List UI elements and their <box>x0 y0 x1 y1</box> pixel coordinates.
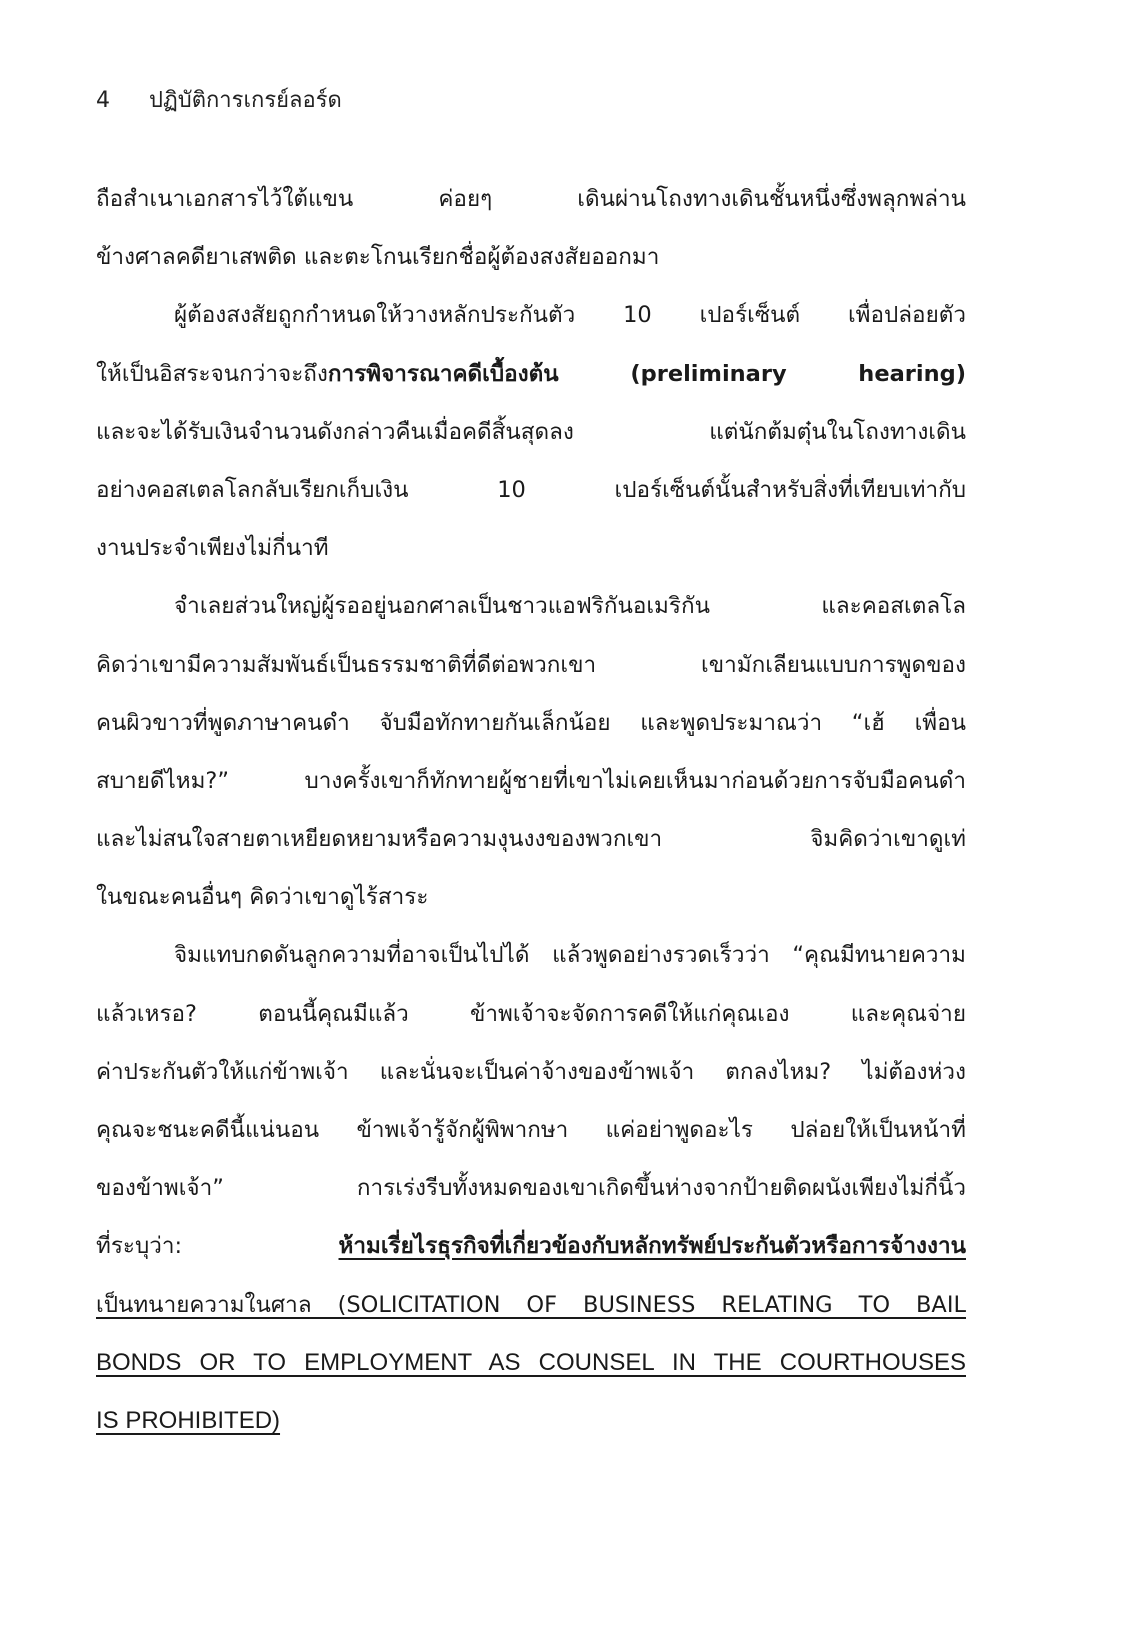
page-number: 4 <box>96 88 142 113</box>
text-line: จิมแทบกดดันลูกความที่อาจเป็นไปได้ แล้วพู… <box>96 926 966 984</box>
running-header: 4 ปฏิบัติการเกรย์ลอร์ด <box>96 82 342 117</box>
sign-text-line: เป็นทนายความในศาล (SOLICITATION OF BUSIN… <box>96 1276 966 1334</box>
text-line: ถือสำเนาเอกสารไว้ใต้แขน ค่อยๆ เดินผ่านโถ… <box>96 170 966 228</box>
running-title: ปฏิบัติการเกรย์ลอร์ด <box>149 88 342 113</box>
term-preliminary-hearing: การพิจารณาคดีเบื้องต้น (preliminary hear… <box>328 361 966 387</box>
text-line: และจะได้รับเงินจำนวนดังกล่าวคืนเมื่อคดีส… <box>96 403 966 461</box>
sign-text-line: IS PROHIBITED) <box>96 1392 966 1450</box>
text-line: คุณจะชนะคดีนี้แน่นอน ข้าพเจ้ารู้จักผู้พิ… <box>96 1101 966 1159</box>
text-line: สบายดีไหม?” บางครั้งเขาก็ทักทายผู้ชายที่… <box>96 752 966 810</box>
text-line: ในขณะคนอื่นๆ คิดว่าเขาดูไร้สาระ <box>96 868 966 926</box>
text-run: ที่ระบุว่า: <box>96 1233 339 1259</box>
text-run: ให้เป็นอิสระจนกว่าจะถึง <box>96 361 328 387</box>
text-line: อย่างคอสเตลโลกลับเรียกเก็บเงิน 10 เปอร์เ… <box>96 461 966 519</box>
text-line: ของข้าพเจ้า” การเร่งรีบทั้งหมดของเขาเกิด… <box>96 1159 966 1217</box>
text-line: จำเลยส่วนใหญ่ผู้รออยู่นอกศาลเป็นชาวแอฟริ… <box>96 577 966 635</box>
text-line: ให้เป็นอิสระจนกว่าจะถึงการพิจารณาคดีเบื้… <box>96 345 966 403</box>
text-line: คนผิวขาวที่พูดภาษาคนดำ จับมือทักทายกันเล… <box>96 694 966 752</box>
text-line: แล้วเหรอ? ตอนนี้คุณมีแล้ว ข้าพเจ้าจะจัดก… <box>96 985 966 1043</box>
text-line: คิดว่าเขามีความสัมพันธ์เป็นธรรมชาติที่ดี… <box>96 636 966 694</box>
document-page: 4 ปฏิบัติการเกรย์ลอร์ด ถือสำเนาเอกสารไว้… <box>0 0 1126 1638</box>
body-text: ถือสำเนาเอกสารไว้ใต้แขน ค่อยๆ เดินผ่านโถ… <box>96 170 966 1450</box>
sign-text-line: BONDS OR TO EMPLOYMENT AS COUNSEL IN THE… <box>96 1334 966 1392</box>
text-line: งานประจำเพียงไม่กี่นาที <box>96 519 966 577</box>
text-line: และไม่สนใจสายตาเหยียดหยามหรือความงุนงงขอ… <box>96 810 966 868</box>
text-line: ที่ระบุว่า: ห้ามเรี่ยไรธุรกิจที่เกี่ยวข้… <box>96 1217 966 1275</box>
text-line: ค่าประกันตัวให้แก่ข้าพเจ้า และนั่นจะเป็น… <box>96 1043 966 1101</box>
text-line: ผู้ต้องสงสัยถูกกำหนดให้วางหลักประกันตัว … <box>96 286 966 344</box>
text-line: ข้างศาลคดียาเสพติด และตะโกนเรียกชื่อผู้ต… <box>96 228 966 286</box>
sign-text: ห้ามเรี่ยไรธุรกิจที่เกี่ยวข้องกับหลักทรั… <box>339 1233 966 1259</box>
